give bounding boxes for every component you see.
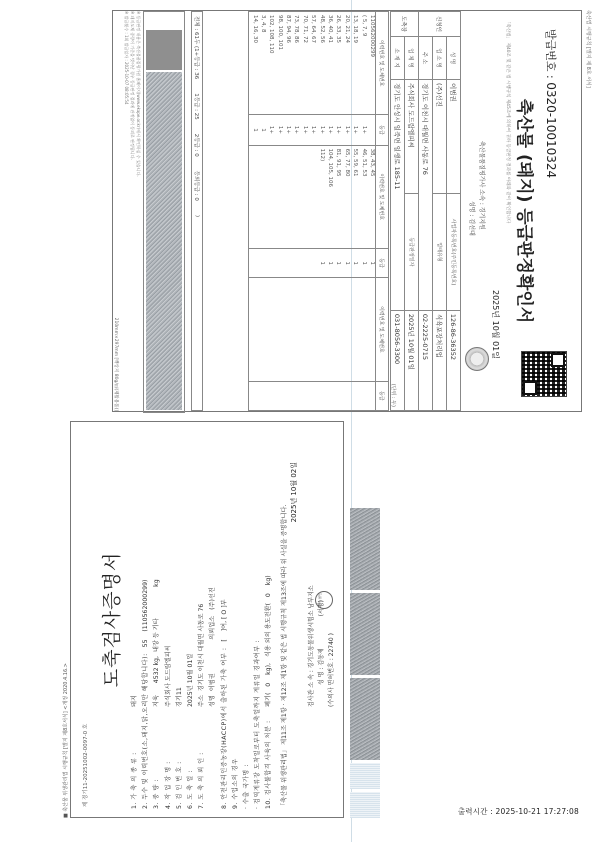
item-label: · 수출 국가명 : [241,707,252,809]
item-label: 4. 작 업 장 명 : [163,707,174,809]
item-value: 폐기( 0 kg), 식용 외의 용도전환( 0 kg) [263,575,274,707]
table-cell [308,278,316,381]
table-row: 87, 94, 961+ [283,12,291,411]
certificate-item: 1. 가 축 의 종 류 :돼지 [129,429,140,809]
info-value2: 126-86-36352 [447,310,461,410]
certificate-item: 5. 검 인 번 호 :경기11 [174,429,185,809]
table-cell: 1+ [325,115,333,145]
table-cell [283,145,291,248]
redacted-block [350,593,380,675]
total-item: 1등급 : 25 [193,93,201,119]
table-cell [258,248,266,277]
table-row: 48, 52, 561+112)1 [316,12,324,411]
table-cell: 1+ [316,115,324,145]
total-item: ) [194,215,200,217]
footnotes: ※ 등급판정 내용은 축산물품질평가원 홈페이지(www.ekape.or.kr… [123,11,141,411]
table-cell: 14, 16, 30 [249,12,258,115]
table-cell: 1 [249,115,258,145]
info-label: 소 재 지 [391,37,405,80]
table-cell: 1+ [341,115,349,145]
table-cell: 1+ [266,115,274,145]
redacted-strip [350,508,380,818]
total-item: 2등급 : 0 [193,134,201,157]
total-item: 등외등급 : 0 [193,171,201,201]
col-header: 등급 [376,381,389,410]
item-value [252,634,263,640]
table-row: 57, 64, 671+ [308,12,316,411]
table-cell [266,381,274,410]
footnote: ※ 돼지도체 중량이 기준을 벗어난 경우 등급판정 결과에 관계없이 등외로 … [129,11,135,411]
issue-value: 0320-10010324 [544,82,558,178]
official-seal-icon [465,347,489,371]
table-cell [266,248,274,277]
table-cell [274,381,282,410]
col-header: 이력번호 및 도체번호 [376,12,389,115]
description: 「축산법」 제40조 및 같은 법 시행규칙 제45조에 의하여 귀하 등급판정… [505,19,511,223]
table-cell: 81, 91, 95 [333,145,341,248]
table-cell: 1 [333,248,341,277]
table-row: 36, 40, 411+104, 105, 1061 [325,12,333,411]
table-cell: 1+ [358,115,366,145]
table-cell: 20, 21, 24 [341,12,349,115]
item-label: · 검역계류장 도착일로부터 도축일까지 계류일 경과여부 : [252,640,263,809]
item-value: 주소 경기도 이천시 대월면 사동로 76 [196,604,207,707]
table-cell: 38, 43, 45 [367,145,376,248]
table-cell: 1 [325,248,333,277]
table-cell: 98, 100, 101 [274,12,282,115]
table-cell [291,381,299,410]
table-row: 13, 18, 191+55, 59, 611 [350,12,358,411]
certificate-item: · 검역계류장 도착일로부터 도축일까지 계류일 경과여부 : [252,429,263,809]
table-cell [299,145,307,248]
issue-number: 발급번호 : 0320-10010324 [543,29,559,178]
table-cell: 57, 64, 67 [308,12,316,115]
serial-number: 제 경기11-20251002-0097-0 호 [81,724,89,807]
table-cell: 102, 108, 110 [266,12,274,115]
info-label: 업 체 명 [405,37,419,80]
table-cell [291,145,299,248]
certificate-item: · 수출 국가명 : [241,429,252,809]
certificate-item: 10. 검사불합격 사육의 처분 :폐기( 0 kg), 식용 외의 용도전환(… [263,429,274,809]
table-cell: 48, 52, 56 [316,12,324,115]
item-value: 주식회사 도드람엘피씨 [163,645,174,707]
redacted-block [146,30,182,70]
table-row: 11056200029938, 43, 451 [367,12,376,411]
table-cell [350,381,358,410]
certificate-item: 2. 두수 및 이력번호(소,돼지,닭,오리만 해당합니다):55 (11056… [140,429,151,809]
table-row: ( 5, 7, 91+46, 51, 531 [358,12,366,411]
table-cell: 1+ [283,115,291,145]
table-cell: 1 [341,248,349,277]
footnote: ※ 발급횟수 : 1회 발급일자 : 2025-10-07 08:05:54 [123,11,129,411]
table-cell [325,278,333,381]
item-label [207,707,218,809]
grader-org: 축산물품질평가사 소속 : 경기지원 [478,141,487,230]
certificate-item: 9. 수입소의 경우 [230,429,241,809]
col-header: 이력번호 및 도체번호 [376,145,389,248]
item-value: 55 (110562000299) [140,580,151,654]
info-label: 업 소 명 [433,37,447,80]
table-cell [258,381,266,410]
table-cell [283,278,291,381]
certificate-frame: 제 경기11-20251002-0097-0 호 도축검사증명서 1. 가 축 … [70,421,344,818]
redacted-block [350,508,380,590]
table-row: 20, 21, 241+65, 77, 801 [341,12,349,411]
table-cell [316,381,324,410]
redacted-block [350,763,380,789]
table-cell: ( 5, 7, 9 [358,12,366,115]
issue-date: 2025년 10월 01일 [490,290,501,359]
grader-name: 성명 : 김선대 [468,201,477,236]
table-cell: 104, 105, 106 [325,145,333,248]
table-cell [258,278,266,381]
item-label: 10. 검사불합격 사육의 처분 : [263,707,274,809]
certificate-item: 성명 이범권 의뢰업소 (주)선진 [207,429,218,809]
item-value: 2025년 10월 01일 [185,654,196,707]
table-cell: 36, 40, 41 [325,12,333,115]
footnote: ※ 등급판정 내용은 축산물품질평가원 홈페이지(www.ekape.or.kr… [135,11,141,411]
table-cell [350,278,358,381]
table-cell: 70, 71, 72 [299,12,307,115]
info-head: 등급판정일자 [405,194,419,311]
table-cell: 1+ [350,115,358,145]
table-cell [358,278,366,381]
print-timestamp: 출력시간 : 2025-10-21 17:27:08 [458,806,579,817]
redacted-block [350,678,380,760]
col-header: 등급 [376,115,389,145]
table-cell: 1+ [274,115,282,145]
table-cell: 13, 18, 19 [350,12,358,115]
certificate-item: 4. 작 업 장 명 :주식회사 도드람엘피씨 [163,429,174,809]
table-cell [274,278,282,381]
table-row: 98, 100, 1011+ [274,12,282,411]
form-note: 축산법 시행규칙 [별지 제 8호 서식] [585,10,592,88]
slaughter-certificate: ■ 축산물 위생관리법 시행규칙 [별지 제8호서식] <개정 2020.4.1… [70,418,370,818]
table-cell [367,381,376,410]
page-title: 축산물 (돼지) 등급판정확인서 [514,11,539,411]
table-row: 70, 71, 721+ [299,12,307,411]
table-cell [283,381,291,410]
item-value: 성명 이범권 의뢰업소 (주)선진 [207,587,218,707]
certificate-item: 3. 중 량 :지육 4532 kg, 내장 등 기타 kg [151,429,162,809]
info-head: 업태유형 [433,194,447,311]
table-cell: 73, 78, 86 [291,12,299,115]
certificate-item: 7. 도 축 의 뢰 인 :주소 경기도 이천시 대월면 사동로 76 [196,429,207,809]
table-cell [308,248,316,277]
info-value: 경기도 이천시 대월면 사동로 76 [419,80,433,311]
info-label: 성 명 [447,37,461,80]
table-cell [249,278,258,381]
col-header: 이력번호 및 도체번호 [376,278,389,381]
slaughter-group: 도축장 [391,12,419,37]
table-cell [249,145,258,248]
table-cell [358,381,366,410]
item-label: 6. 도 축 일 : [185,707,196,809]
table-cell [291,248,299,277]
table-cell [266,145,274,248]
table-cell [274,145,282,248]
info-value: (주)선진 [433,80,447,194]
table-cell [308,145,316,248]
table-cell [299,248,307,277]
grade-certificate: 축산법 시행규칙 [별지 제 8호 서식] 발급번호 : 0320-100103… [72,10,592,430]
table-cell [299,381,307,410]
certificate-item: 6. 도 축 일 :2025년 10월 01일 [185,429,196,809]
table-cell: 1 [358,248,366,277]
item-value: 경기11 [174,687,185,707]
certificate-date: 2025년 10월 02일 [289,462,299,522]
table-cell: 1+ [333,115,341,145]
grade-table: 이력번호 및 도체번호 등급 이력번호 및 도체번호 등급 이력번호 및 도체번… [248,11,389,411]
table-cell: 65, 77, 80 [341,145,349,248]
table-row: 3, 4, 81 [258,12,266,411]
info-value: 경기도 안성시 일죽면 일생로 185-11 [391,80,405,311]
inspector-name: 성 명 : 김동제 [318,648,325,685]
applicant-info-table: 신청인 성 명 이범권 사업자등록번호(주민등록번호) 126-86-36352… [390,11,461,411]
table-cell [258,145,266,248]
form-note: ■ 축산물 위생관리법 시행규칙 [별지 제8호서식] <개정 2020.4.1… [62,663,69,818]
table-cell [367,278,376,381]
table-row: 73, 78, 861+ [291,12,299,411]
certificate-frame: 발급번호 : 0320-10010324 축산물 (돼지) 등급판정확인서 「축… [112,10,582,412]
table-row: 102, 108, 1101+ [266,12,274,411]
unit-label: (단위 : 두) [390,384,397,407]
table-cell: 1 [350,248,358,277]
item-label: 2. 두수 및 이력번호(소,돼지,닭,오리만 해당합니다): [140,653,151,809]
table-cell [341,381,349,410]
certificate-items: 1. 가 축 의 종 류 :돼지2. 두수 및 이력번호(소,돼지,닭,오리만 … [129,429,290,809]
table-cell [299,278,307,381]
table-cell [249,248,258,277]
table-cell [316,278,324,381]
table-row: 26, 33, 351+81, 91, 951 [333,12,341,411]
table-cell: 46, 51, 53 [358,145,366,248]
table-cell [333,381,341,410]
info-value2: 2025년 10월 01일 [405,310,419,410]
certificate-item: 8. 안전관리인증농장(HACCP)에서 출하된 가축 여부 :[ ]여, [ … [219,429,230,809]
inspection-stamp-icon: 검사 필인 [315,591,333,609]
table-cell: 1+ [299,115,307,145]
item-value: [ ]여, [ O ]부 [219,599,230,647]
table-cell: 87, 94, 96 [283,12,291,115]
table-cell: 26, 33, 35 [333,12,341,115]
item-value: 지육 4532 kg, 내장 등 기타 kg [151,579,162,707]
table-cell: 3, 4, 8 [258,12,266,115]
redacted-block [350,792,380,818]
item-label: 7. 도 축 의 뢰 인 : [196,707,207,809]
table-row: 14, 16, 301 [249,12,258,411]
info-value: 주식회사 도드람엘피씨 [405,80,419,194]
table-cell [266,278,274,381]
issue-label: 발급번호 : [544,29,557,79]
paper-size: 210mm×297mm [백상지 80g/㎡(재활용품)] [113,318,119,411]
table-cell: 1 [316,248,324,277]
table-cell: 112) [316,145,324,248]
table-cell [308,381,316,410]
grade-totals: 전체 : 61두 (1+등급 : 361등급 : 252등급 : 0등외등급 :… [191,11,203,411]
table-cell: 110562000299 [367,12,376,115]
item-label: 9. 수입소의 경우 [230,707,241,809]
certificate-title: 도축검사증명서 [97,422,124,817]
info-label: 주 소 [419,37,433,80]
total-item: 전체 : 61두 (1+등급 : 36 [193,16,201,79]
table-cell [325,381,333,410]
table-cell [367,115,376,145]
table-cell: 1 [367,248,376,277]
table-cell: 1+ [291,115,299,145]
info-head: 사업자등록번호(주민등록번호) [447,194,461,311]
table-cell [333,278,341,381]
table-cell [274,248,282,277]
item-label: 1. 가 축 의 종 류 : [129,707,140,809]
table-cell [249,381,258,410]
redacted-area [143,11,185,413]
table-cell: 55, 59, 61 [350,145,358,248]
col-header: 등급 [376,248,389,277]
table-cell [341,278,349,381]
item-value: 돼지 [129,695,140,707]
table-cell: 1 [258,115,266,145]
table-cell [283,248,291,277]
item-label: 8. 안전관리인증농장(HACCP)에서 출하된 가축 여부 : [219,648,230,809]
redacted-block [146,72,182,410]
table-cell: 1+ [308,115,316,145]
item-label: 3. 중 량 : [151,707,162,809]
applicant-group: 신청인 [419,12,461,37]
info-value2: 02-2225-0715 [419,310,433,410]
info-value: 이범권 [447,80,461,194]
item-label: 5. 검 인 번 호 : [174,707,185,809]
table-cell [291,278,299,381]
info-value2: 식육포장처리업 [433,310,447,410]
